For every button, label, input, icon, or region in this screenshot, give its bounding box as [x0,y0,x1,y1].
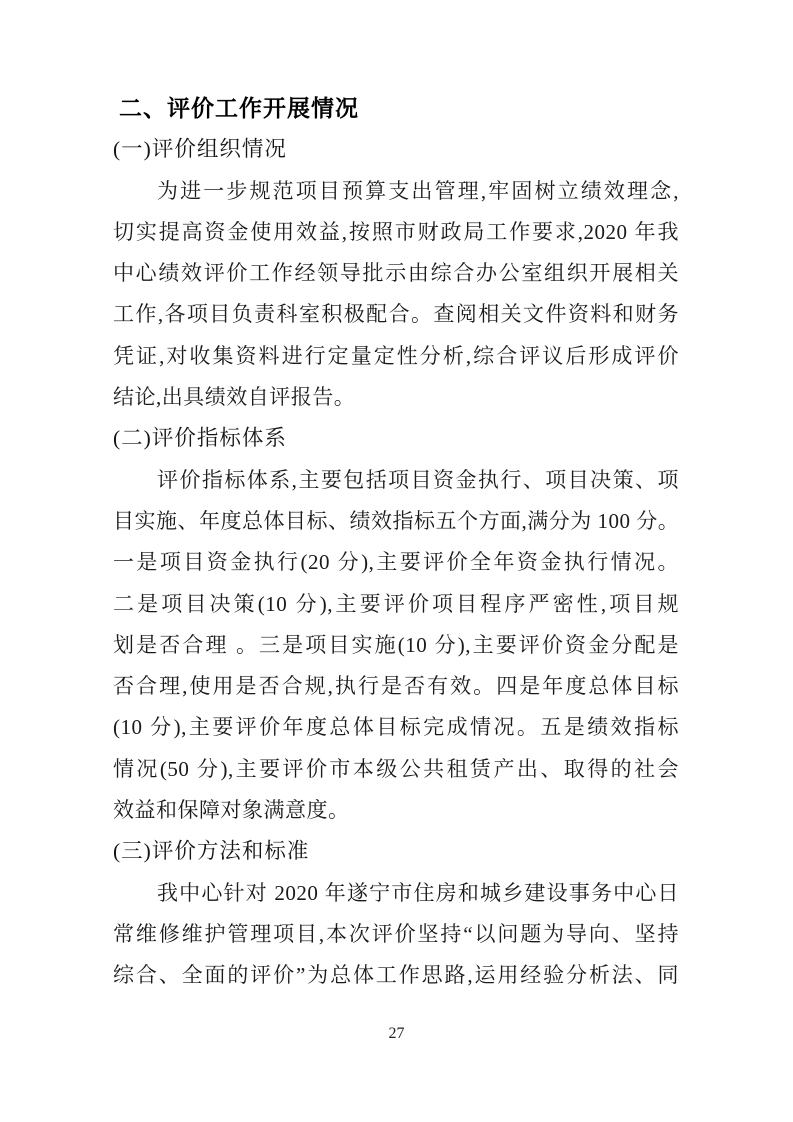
text-line: 切实提高资金使用效益,按照市财政局工作要求,2020 年我 [113,212,679,253]
document-page: 二、评价工作开展情况 (一)评价组织情况 为进一步规范项目预算支出管理,牢固树立… [0,0,793,1122]
text-line: 情况(50 分),主要评价市本级公共租赁产出、取得的社会 [113,749,679,790]
page-title: 二、评价工作开展情况 [113,88,679,129]
document-body: 二、评价工作开展情况 (一)评价组织情况 为进一步规范项目预算支出管理,牢固树立… [113,88,679,997]
text-line: 为进一步规范项目预算支出管理,牢固树立绩效理念, [113,171,679,212]
text-line: 划是否合理 。三是项目实施(10 分),主要评价资金分配是 [113,625,679,666]
section-heading-2: (二)评价指标体系 [113,418,679,459]
text-line: 否合理,使用是否合规,执行是否有效。四是年度总体目标 [113,666,679,707]
text-line: 结论,出具绩效自评报告。 [113,377,679,418]
section-heading-3: (三)评价方法和标准 [113,831,679,872]
text-line: 目实施、年度总体目标、绩效指标五个方面,满分为 100 分。 [113,501,679,542]
text-line: 凭证,对收集资料进行定量定性分析,综合评议后形成评价 [113,336,679,377]
text-line: 常维修维护管理项目,本次评价坚持“以问题为导向、坚持 [113,914,679,955]
text-line: 中心绩效评价工作经领导批示由综合办公室组织开展相关 [113,253,679,294]
text-line: 工作,各项目负责科室积极配合。查阅相关文件资料和财务 [113,294,679,335]
page-number: 27 [0,1022,793,1046]
text-line: 二是项目决策(10 分),主要评价项目程序严密性,项目规 [113,584,679,625]
section-heading-1: (一)评价组织情况 [113,129,679,170]
text-line: 评价指标体系,主要包括项目资金执行、项目决策、项 [113,460,679,501]
text-line: 综合、全面的评价”为总体工作思路,运用经验分析法、同 [113,955,679,996]
text-line: 一是项目资金执行(20 分),主要评价全年资金执行情况。 [113,542,679,583]
text-line: 我中心针对 2020 年遂宁市住房和城乡建设事务中心日 [113,873,679,914]
text-line: 效益和保障对象满意度。 [113,790,679,831]
text-line: (10 分),主要评价年度总体目标完成情况。五是绩效指标 [113,707,679,748]
